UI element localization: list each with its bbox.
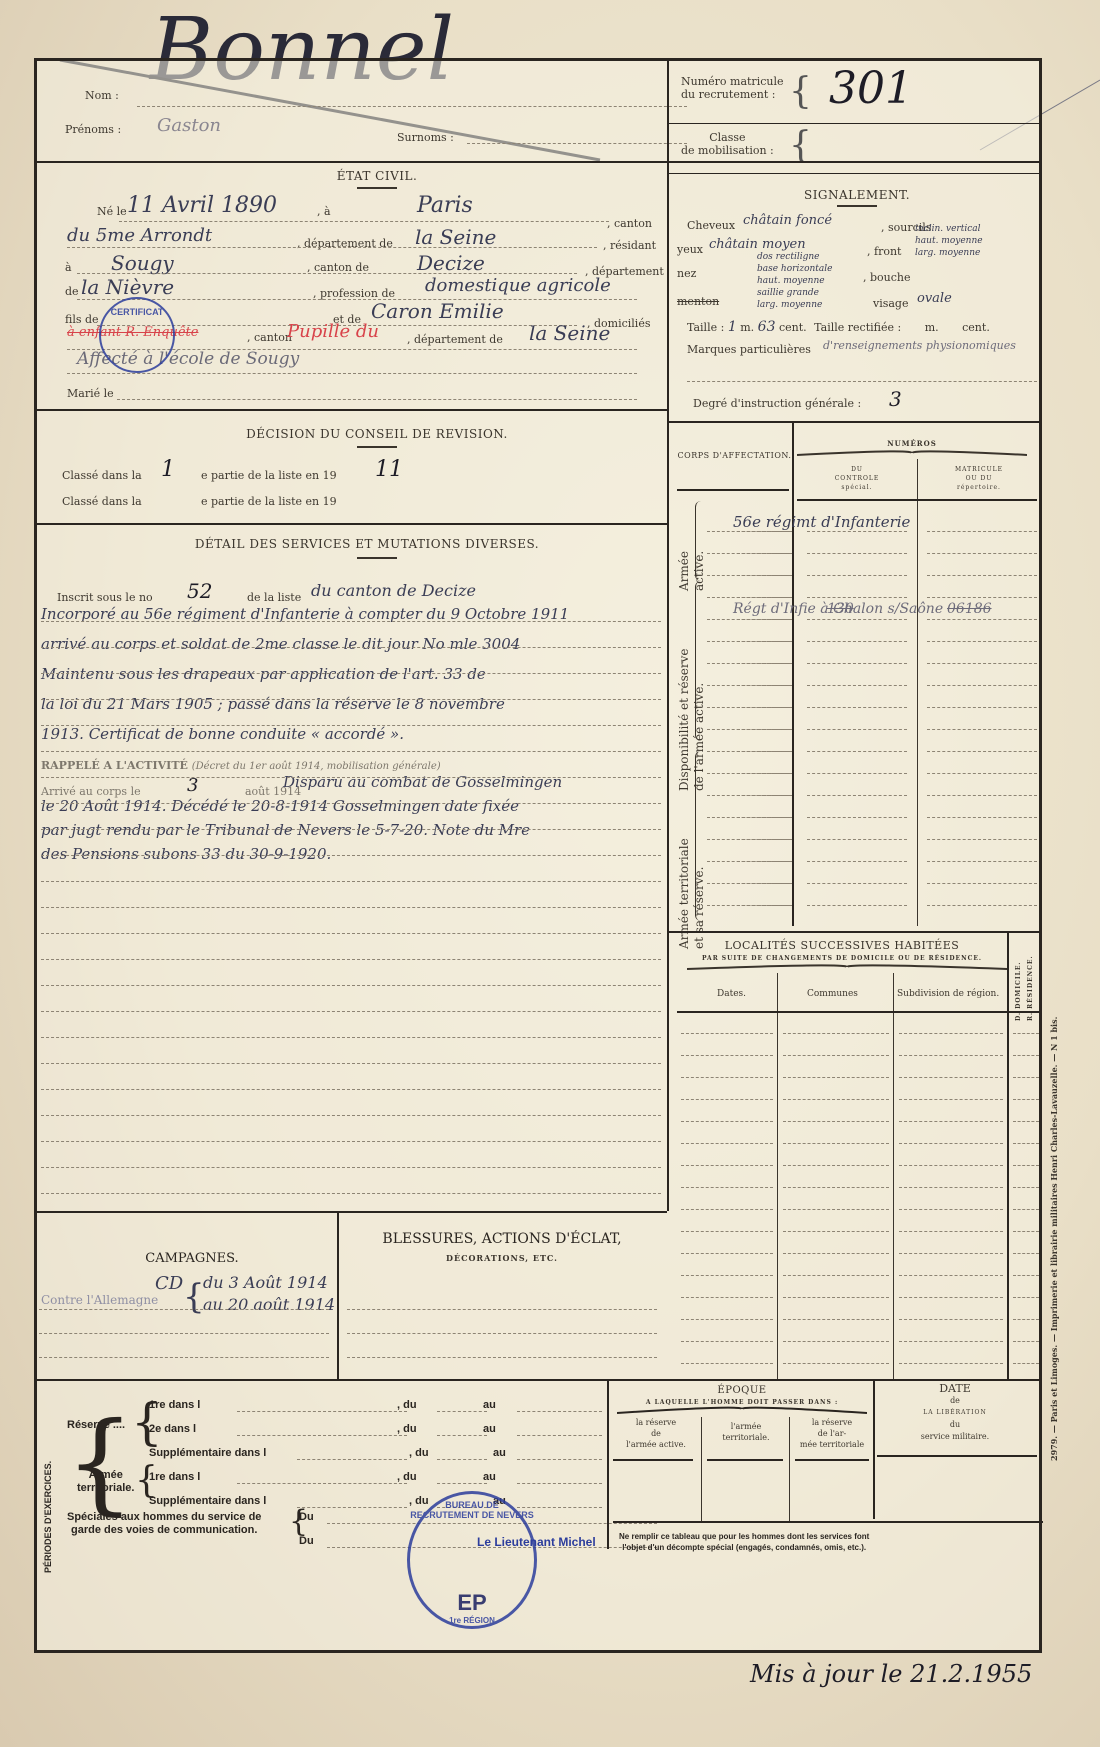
rule-line (707, 817, 789, 818)
classe-annee-1: 11 (375, 457, 403, 482)
periode-du: , du (397, 1471, 417, 1483)
rule-line (41, 699, 661, 700)
yeux-value: châtain moyen (709, 237, 806, 252)
periode-au: au (483, 1471, 496, 1483)
rule-line (41, 1037, 661, 1038)
update-note: Mis à jour le 21.2.1955 (750, 1660, 1032, 1688)
rule-line (927, 795, 1037, 796)
rule-line (1013, 1341, 1039, 1342)
rule-line (41, 621, 661, 622)
rule-line (681, 1341, 773, 1342)
rule-line (927, 751, 1037, 752)
rule-line (1013, 1077, 1039, 1078)
rule-line (41, 959, 661, 960)
rule-line (681, 1297, 773, 1298)
rappele-label: RAPPELÉ A L'ACTIVITÉ (Décret du 1er août… (41, 759, 441, 772)
col-matricule: MATRICULEOU DUrépertoire. (919, 465, 1039, 492)
periode-row-label: Supplémentaire dans l (149, 1447, 266, 1459)
rule-line (707, 773, 789, 774)
rule-line (807, 685, 907, 686)
rule-line (899, 1121, 1003, 1122)
periode-row-label: 2e dans l (149, 1423, 196, 1435)
nez-values: dos rectilignebase horizontalehaut. moye… (757, 251, 832, 311)
prenoms-value: Gaston (157, 115, 221, 136)
rule-line (1013, 1121, 1039, 1122)
nom-label: Nom : (85, 89, 119, 102)
surnoms-label: Surnoms : (397, 131, 454, 144)
rule-line (899, 1187, 1003, 1188)
inscrit-numero: 52 (187, 579, 212, 603)
rule-line (41, 1063, 661, 1064)
signalement-title: SIGNALEMENT. (767, 188, 947, 202)
rule-line (1013, 1187, 1039, 1188)
epoque-note: Ne remplir ce tableau que pour les homme… (619, 1531, 869, 1553)
rule-line (927, 619, 1037, 620)
departement-residence: la Nièvre (81, 275, 174, 299)
visage-value: ovale (917, 291, 952, 306)
rule-line (899, 1209, 1003, 1210)
canton-residence: Decize (417, 251, 485, 275)
rule-line (297, 1507, 407, 1508)
corps-title: CORPS D'AFFECTATION. (677, 451, 792, 460)
epoque-title: ÉPOQUE (617, 1385, 867, 1396)
rule-line (783, 1165, 889, 1166)
classe-label: Classede mobilisation : (681, 131, 774, 157)
corps-entry-1: 56e régimt d'Infanterie (733, 513, 910, 531)
rule-line (783, 1055, 889, 1056)
rule-line (681, 1099, 773, 1100)
rule-line (899, 1253, 1003, 1254)
rule-line (237, 1483, 407, 1484)
rule-line (41, 725, 661, 726)
rule-line (927, 883, 1037, 884)
brace (695, 751, 701, 921)
periode-du: , du (397, 1423, 417, 1435)
rule-line (807, 729, 907, 730)
rule-line (437, 1411, 487, 1412)
brace (695, 581, 701, 741)
rule-line (899, 1165, 1003, 1166)
rule-line (707, 883, 789, 884)
rule-line (41, 985, 661, 986)
rule-line (41, 777, 661, 778)
rule-line (707, 795, 789, 796)
rule-line (807, 795, 907, 796)
rule-line (927, 707, 1037, 708)
rule-line (681, 1055, 773, 1056)
rule-line (927, 905, 1037, 906)
rule-line (681, 1033, 773, 1034)
rule-line (783, 1297, 889, 1298)
rule-line (927, 817, 1037, 818)
deces-line: par jugt rendu par le Tribunal de Nevers… (41, 821, 530, 839)
rule-line (927, 861, 1037, 862)
rule-line (681, 1253, 773, 1254)
registry-sheet: Nom : Prénoms : Gaston Surnoms : Numéro … (34, 58, 1042, 1653)
rule-line (41, 933, 661, 934)
rule-line (707, 751, 789, 752)
departement-naissance: la Seine (415, 225, 496, 249)
campagne-au: au 20 août 1914 (203, 1295, 335, 1314)
rule-line (1013, 1099, 1039, 1100)
epoque-col-header: la réservedel'armée active. (613, 1417, 699, 1450)
epoque-col-header: la réservede l'ar-mée territoriale (793, 1417, 871, 1450)
periode-row-label: 1re dans l (149, 1471, 200, 1483)
ne-le-value: 11 Avril 1890 (127, 193, 277, 218)
rule-line (1013, 1275, 1039, 1276)
rule-line (807, 839, 907, 840)
rule-line (783, 1143, 889, 1144)
rule-line (1013, 1033, 1039, 1034)
rule-line (41, 1167, 661, 1168)
deces-line: des Pensions subons 33 du 30-9-1920. (41, 845, 331, 863)
col-dates: Dates. (717, 989, 746, 999)
localites-title: LOCALITÉS SUCCESSIVES HABITÉES (677, 939, 1007, 952)
rule-line (783, 1341, 889, 1342)
rule-line (899, 1341, 1003, 1342)
rule-line (783, 1275, 889, 1276)
col-communes: Communes (807, 989, 858, 999)
rule-line (807, 861, 907, 862)
rule-line (807, 905, 907, 906)
rule-line (927, 663, 1037, 664)
rule-line (783, 1253, 889, 1254)
rule-line (707, 663, 789, 664)
rule-line (899, 1077, 1003, 1078)
rule-line (517, 1435, 602, 1436)
rule-line (899, 1297, 1003, 1298)
rule-line (41, 907, 661, 908)
periode-row-label: 1re dans l (149, 1399, 200, 1411)
rule-line (41, 855, 661, 856)
arrive-jour: 3 (187, 775, 198, 796)
rule-line (707, 619, 789, 620)
rule-line (783, 1363, 889, 1364)
rule-line (41, 1115, 661, 1116)
rule-line (899, 1231, 1003, 1232)
rule-line (707, 597, 789, 598)
rule-line (681, 1077, 773, 1078)
blessures-title: BLESSURES, ACTIONS D'ÉCLAT, (347, 1231, 657, 1247)
rule-line (807, 553, 907, 554)
deces-line: Disparu au combat de Gosselmingen (283, 773, 562, 791)
rule-line (41, 803, 661, 804)
rule-line (1013, 1143, 1039, 1144)
rule-line (783, 1077, 889, 1078)
rule-line (899, 1363, 1003, 1364)
rule-line (927, 553, 1037, 554)
rule-line (807, 773, 907, 774)
rule-line (807, 817, 907, 818)
rule-line (927, 729, 1037, 730)
rule-line (437, 1483, 487, 1484)
services-title: DÉTAIL DES SERVICES ET MUTATIONS DIVERSE… (137, 537, 597, 551)
rule-line (807, 663, 907, 664)
rule-line (707, 641, 789, 642)
periode-du: , du (409, 1447, 429, 1459)
rule-line (41, 673, 661, 674)
col-controle: DUCONTROLEspécial. (797, 465, 917, 492)
group-dispo: Disponibilité et réservede l'armée activ… (677, 649, 707, 791)
rule-line (41, 829, 661, 830)
rule-line (517, 1483, 602, 1484)
rule-line (707, 553, 789, 554)
brace (695, 501, 701, 581)
rule-line (681, 1363, 773, 1364)
rule-line (41, 1193, 661, 1194)
marques-value: d'renseignements physionomiques (823, 339, 1016, 352)
rule-line (1013, 1253, 1039, 1254)
epoque-col-header: l'arméeterritoriale. (705, 1421, 787, 1443)
armee-terr-label: Arméeterritoriale. (77, 1469, 134, 1495)
rule-line (707, 839, 789, 840)
periode-au: au (493, 1447, 506, 1459)
rule-line (681, 1275, 773, 1276)
rule-line (517, 1411, 602, 1412)
printer-credit: 2979. — Paris et Limoges. — Imprimerie e… (1049, 1017, 1059, 1461)
rule-line (899, 1275, 1003, 1276)
officer-stamp: Le Lieutenant Michel (477, 1535, 596, 1549)
rule-line (437, 1435, 487, 1436)
rule-line (1013, 1055, 1039, 1056)
service-line: arrivé au corps et soldat de 2me classe … (41, 635, 520, 653)
rule-line (1013, 1319, 1039, 1320)
deces-line: le 20 Août 1914. Décédé le 20-8-1914 Gos… (41, 797, 519, 815)
reserve-label: Réserve .... (67, 1419, 125, 1431)
rule-line (807, 883, 907, 884)
service-line: 1913. Certificat de bonne conduite « acc… (41, 725, 404, 743)
matricule-entry-2: 06186 (947, 601, 992, 617)
rule-line (927, 773, 1037, 774)
departement-domicile: la Seine (529, 321, 610, 345)
rule-line (1013, 1297, 1039, 1298)
rule-line (681, 1319, 773, 1320)
rule-line (237, 1435, 407, 1436)
rule-line (807, 751, 907, 752)
rule-line (437, 1459, 487, 1460)
rule-line (707, 685, 789, 686)
front-values: inclin. verticalhaut. moyennelarg. moyen… (915, 223, 983, 259)
rule-line (1013, 1209, 1039, 1210)
ne-le-label: Né le (97, 205, 127, 218)
rule-line (1013, 1231, 1039, 1232)
campagne-stamp: Contre l'Allemagne (41, 1293, 158, 1307)
rule-line (783, 1187, 889, 1188)
date-liberation: DATE de LA LIBÉRATION du service militai… (875, 1383, 1035, 1443)
rule-line (41, 1011, 661, 1012)
rule-line (927, 575, 1037, 576)
rule-line (807, 531, 907, 532)
rule-line (707, 861, 789, 862)
rule-line (899, 1099, 1003, 1100)
service-line: la loi du 21 Mars 1905 ; passé dans la r… (41, 695, 505, 713)
rule-line (899, 1033, 1003, 1034)
degre-value: 3 (889, 387, 902, 411)
campagne-du: du 3 Août 1914 (203, 1273, 328, 1292)
rule-line (297, 1459, 407, 1460)
recrutement-stamp: BUREAU DE RECRUTEMENT DE NEVERS EP 1re R… (407, 1491, 537, 1629)
rule-line (1013, 1165, 1039, 1166)
conseil-title: DÉCISION DU CONSEIL DE REVISION. (177, 427, 577, 441)
rule-line (681, 1143, 773, 1144)
matricule-label: Numéro matriculedu recrutement : (681, 75, 784, 101)
service-line: Maintenu sous les drapeaux par applicati… (41, 665, 486, 683)
rule-line (807, 619, 907, 620)
rule-line (807, 707, 907, 708)
rule-line (927, 839, 1037, 840)
rule-line (783, 1231, 889, 1232)
taille-m: 1 (728, 319, 737, 335)
group-active: Arméeactive. (677, 551, 707, 591)
rule-line (681, 1121, 773, 1122)
periode-au: au (483, 1423, 496, 1435)
rule-line (899, 1055, 1003, 1056)
profession: domestique agricole (425, 275, 611, 296)
rule-line (707, 575, 789, 576)
periode-du: , du (397, 1399, 417, 1411)
rule-line (927, 597, 1037, 598)
classe-partie-1: 1 (161, 457, 175, 482)
rule-line (899, 1143, 1003, 1144)
rule-line (1013, 1363, 1039, 1364)
certificat-stamp: CERTIFICAT (99, 297, 175, 373)
mere: Caron Emilie (371, 299, 504, 323)
periode-row-label: Supplémentaire dans l (149, 1495, 266, 1507)
rule-line (807, 641, 907, 642)
rule-line (807, 575, 907, 576)
campagnes-title: CAMPAGNES. (97, 1251, 287, 1266)
rule-line (517, 1459, 602, 1460)
etat-civil-title: ÉTAT CIVIL. (277, 169, 477, 183)
rule-line (41, 881, 661, 882)
rule-line (783, 1033, 889, 1034)
rule-line (783, 1099, 889, 1100)
rule-line (41, 1089, 661, 1090)
taille-cent: 63 (758, 319, 776, 335)
liste-value: du canton de Decize (311, 581, 476, 600)
rule-line (237, 1411, 407, 1412)
rule-line (41, 647, 661, 648)
prenoms-label: Prénoms : (65, 123, 121, 136)
rule-line (783, 1121, 889, 1122)
blessures-subtitle: DÉCORATIONS, ETC. (347, 1253, 657, 1263)
rule-line (681, 1231, 773, 1232)
rule-line (707, 905, 789, 906)
speciales-label: Spéciales aux hommes du service degarde … (67, 1511, 261, 1537)
matricule-value: 301 (829, 63, 913, 114)
rule-line (681, 1187, 773, 1188)
periode-au: au (483, 1399, 496, 1411)
rule-line (807, 597, 907, 598)
rule-line (41, 751, 661, 752)
periodes-label: PÉRIODES D'EXERCICES. (43, 1461, 53, 1573)
rule-line (41, 1141, 661, 1142)
rule-line (707, 531, 789, 532)
rule-line (681, 1209, 773, 1210)
pupille-note: Pupille du (287, 321, 379, 342)
campagne-code: CD (155, 1273, 183, 1294)
residence: Sougy (111, 251, 174, 275)
cheveux-value: châtain foncé (743, 213, 832, 228)
localites-subtitle: PAR SUITE DE CHANGEMENTS DE DOMICILE OU … (677, 955, 1007, 962)
rule-line (707, 729, 789, 730)
numeros-title: NUMÉROS (797, 439, 1027, 448)
rule-line (927, 531, 1037, 532)
rule-line (681, 1165, 773, 1166)
controle-entry-2: 130 (827, 601, 854, 617)
lieu-naissance: Paris (417, 193, 473, 218)
rule-line (707, 707, 789, 708)
rule-line (783, 1209, 889, 1210)
rule-line (927, 685, 1037, 686)
rule-line (783, 1319, 889, 1320)
rule-line (899, 1319, 1003, 1320)
canton-naissance: du 5me Arrondt (67, 225, 212, 246)
rule-line (927, 641, 1037, 642)
col-subdivision: Subdivision de région. (897, 989, 999, 999)
